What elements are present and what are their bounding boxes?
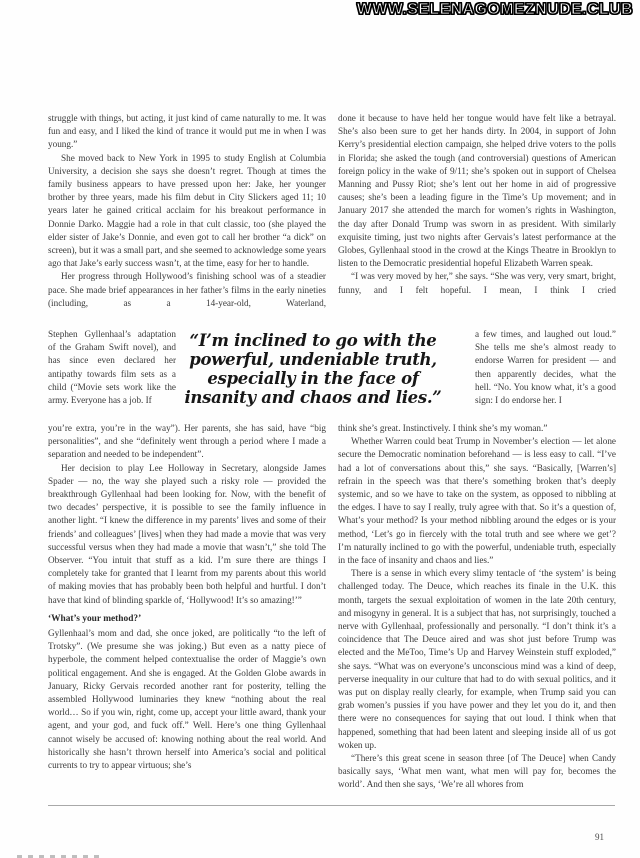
page-number: 91 — [595, 832, 604, 842]
pull-quote-line: especially in the face of — [162, 369, 464, 388]
paragraph: you’re extra, you’re in the way”). Her p… — [48, 422, 326, 462]
paragraph: “I was very moved by her,” she says. “Sh… — [338, 270, 616, 296]
paragraph: There is a sense in which every slimy te… — [338, 567, 616, 752]
article-body: struggle with things, but acting, it jus… — [48, 112, 616, 792]
magazine-page: WWW.SELENAGOMEZNUDE.CLUB struggle with t… — [0, 0, 640, 858]
pull-quote-line: powerful, undeniable truth, — [162, 350, 464, 369]
paragraph: Whether Warren could beat Trump in Novem… — [338, 435, 616, 567]
paragraph: Her decision to play Lee Holloway in Sec… — [48, 462, 326, 607]
paragraph: “There’s this great scene in season thre… — [338, 752, 616, 792]
footer-rule — [48, 805, 615, 806]
paragraph: Gyllenhaal’s mom and dad, she once joked… — [48, 627, 326, 772]
left-column: struggle with things, but acting, it jus… — [48, 112, 326, 792]
watermark-text: WWW.SELENAGOMEZNUDE.CLUB — [357, 1, 633, 19]
paragraph: She moved back to New York in 1995 to st… — [48, 152, 326, 271]
paragraph-wrap-segment: Stephen Gyllenhaal’s adaptation of the G… — [48, 328, 176, 422]
paragraph: struggle with things, but acting, it jus… — [48, 112, 326, 152]
right-column-top-segment: done it because to have held her tongue … — [338, 112, 616, 328]
pull-quote-line: “I’m inclined to go with the — [162, 331, 464, 350]
paragraph: think she’s great. Instinctively. I thin… — [338, 422, 616, 435]
pull-quote: “I’m inclined to go with the powerful, u… — [162, 331, 464, 407]
right-column: done it because to have held her tongue … — [338, 112, 616, 792]
pull-quote-line: insanity and chaos and lies.” — [162, 388, 464, 407]
left-column-top-segment: struggle with things, but acting, it jus… — [48, 112, 326, 328]
paragraph-wrap-segment: a few times, and laughed out loud.” She … — [475, 328, 616, 422]
paragraph: Her progress through Hollywood’s finishi… — [48, 270, 326, 310]
paragraph: done it because to have held her tongue … — [338, 112, 616, 270]
section-heading: ‘What’s your method?’ — [48, 613, 326, 626]
